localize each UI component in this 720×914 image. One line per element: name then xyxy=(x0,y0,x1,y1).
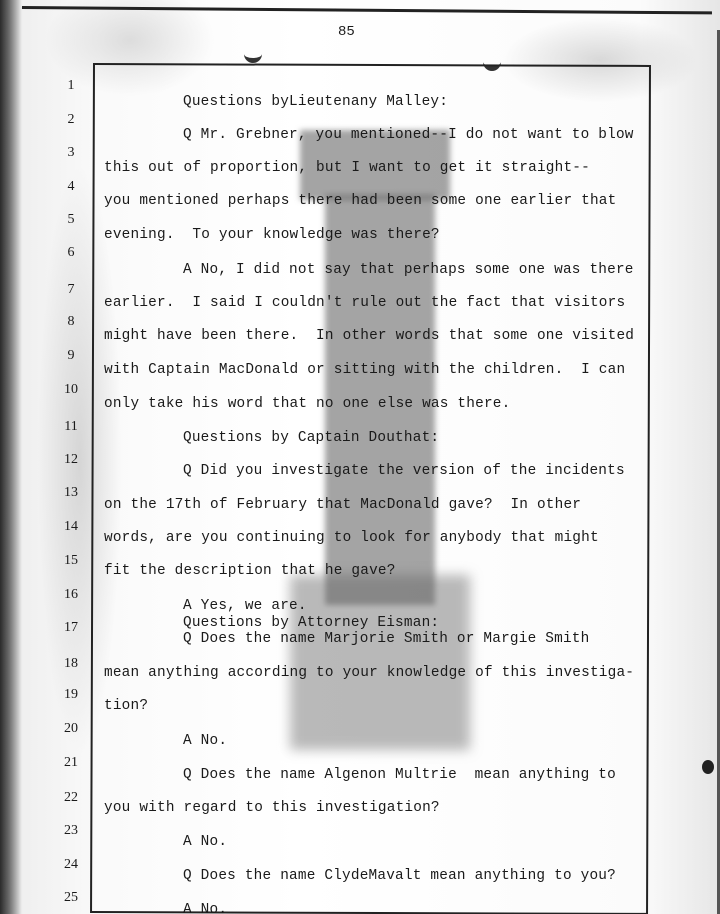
page-top-edge xyxy=(22,6,712,14)
transcript-line: on the 17th of February that MacDonald g… xyxy=(104,497,581,513)
line-number: 9 xyxy=(56,348,86,364)
line-number: 8 xyxy=(56,314,86,330)
page-number: 85 xyxy=(338,24,355,40)
binder-hole-mark xyxy=(244,48,262,63)
page-left-edge-shadow xyxy=(0,0,22,914)
transcript-line: mean anything according to your knowledg… xyxy=(104,665,634,681)
line-number: 20 xyxy=(56,721,86,737)
redaction-smudge xyxy=(290,575,470,750)
line-number: 17 xyxy=(56,620,86,636)
transcript-line: Q Does the name ClydeMavalt mean anythin… xyxy=(183,868,616,884)
line-number: 25 xyxy=(56,890,86,906)
line-number: 21 xyxy=(56,755,86,771)
line-number: 24 xyxy=(56,857,86,873)
transcript-line: Q Does the name Marjorie Smith or Margie… xyxy=(183,631,589,647)
line-number: 10 xyxy=(56,382,86,398)
transcript-line: tion? xyxy=(104,698,148,714)
line-number: 18 xyxy=(56,656,86,672)
transcript-line: A No. xyxy=(183,834,227,850)
transcript-line: words, are you continuing to look for an… xyxy=(104,530,599,546)
line-number: 12 xyxy=(56,452,86,468)
transcript-line: this out of proportion, but I want to ge… xyxy=(104,160,590,176)
line-number: 7 xyxy=(56,282,86,298)
transcript-line: evening. To your knowledge was there? xyxy=(104,227,440,243)
line-number: 22 xyxy=(56,790,86,806)
transcript-line: A Yes, we are. xyxy=(183,598,307,614)
line-number: 2 xyxy=(56,112,86,128)
line-number: 16 xyxy=(56,587,86,603)
line-number: 6 xyxy=(56,245,86,261)
transcript-line: Questions byLieutenany Malley: xyxy=(183,94,448,110)
line-number: 5 xyxy=(56,212,86,228)
transcript-line: you with regard to this investigation? xyxy=(104,800,440,816)
transcript-line: A No. xyxy=(183,733,227,749)
transcript-line: Q Does the name Algenon Multrie mean any… xyxy=(183,767,616,783)
line-number: 3 xyxy=(56,145,86,161)
transcript-line: Q Mr. Grebner, you mentioned--I do not w… xyxy=(183,127,634,143)
transcript-line: Q Did you investigate the version of the… xyxy=(183,463,625,479)
transcript-line: fit the description that he gave? xyxy=(104,563,396,579)
line-number: 1 xyxy=(56,78,86,94)
scanned-page: 85 1234567891011121314151617181920212223… xyxy=(0,0,720,914)
transcript-line: only take his word that no one else was … xyxy=(104,396,510,412)
transcript-line: Questions by Attorney Eisman: xyxy=(183,615,439,631)
line-number: 4 xyxy=(56,179,86,195)
transcript-line: earlier. I said I couldn't rule out the … xyxy=(104,295,625,311)
line-number: 19 xyxy=(56,687,86,703)
transcript-line: with Captain MacDonald or sitting with t… xyxy=(104,362,625,378)
transcript-line: might have been there. In other words th… xyxy=(104,328,634,344)
transcript-line: A No, I did not say that perhaps some on… xyxy=(183,262,634,278)
transcript-line: Questions by Captain Douthat: xyxy=(183,430,439,446)
line-number: 14 xyxy=(56,519,86,535)
ink-blot xyxy=(702,760,714,774)
line-number: 13 xyxy=(56,485,86,501)
line-number: 23 xyxy=(56,823,86,839)
line-number: 15 xyxy=(56,553,86,569)
line-number: 11 xyxy=(56,419,86,435)
transcript-line: you mentioned perhaps there had been som… xyxy=(104,193,616,209)
transcript-line: A No. xyxy=(183,902,227,914)
